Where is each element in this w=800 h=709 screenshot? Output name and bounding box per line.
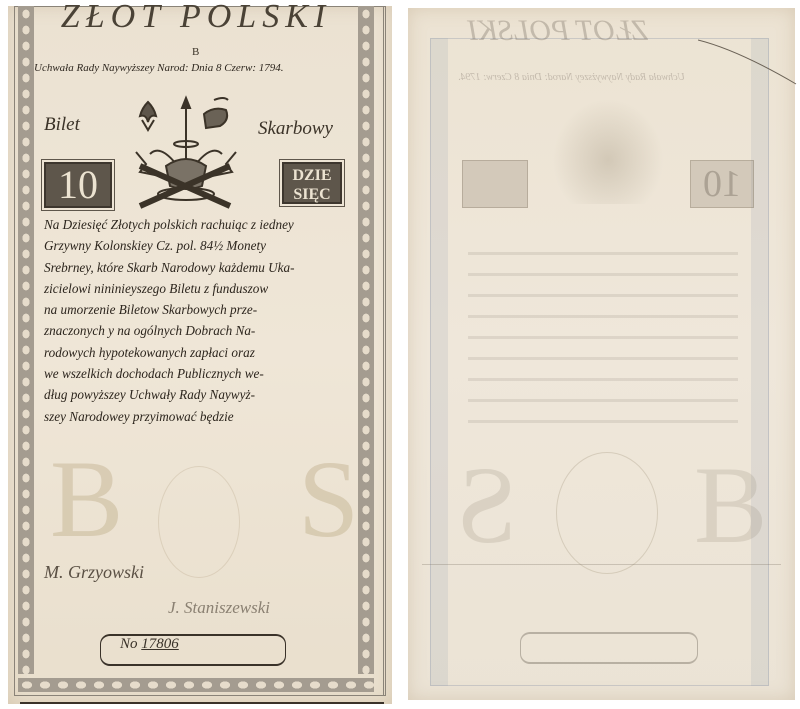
back-watermark-s: S: [456, 442, 517, 569]
ghost-denomination-word-box: [462, 160, 528, 208]
series-letter: B: [192, 46, 199, 58]
text-line: Srebrney, które Skarb Narodowy każdemu U…: [44, 257, 364, 278]
title-script: ZŁOT POLSKI: [26, 0, 366, 36]
resolution-line: Uchwała Rady Naywyższey Narod: Dnia 8 Cz…: [34, 62, 284, 74]
paper-fold-line: [422, 564, 781, 565]
text-line: rodowych hypotekowanych zapłaci oraz: [44, 342, 364, 363]
text-line: Grzywny Kolonskiey Cz. pol. 84½ Monety: [44, 235, 364, 256]
watermark-letter-s: S: [298, 436, 359, 563]
ghost-emblem-icon: [548, 94, 668, 204]
label-skarbowy: Skarbowy: [258, 118, 333, 140]
ghost-text-block: [468, 238, 738, 438]
serial-number: No 17806: [120, 636, 179, 653]
ghost-left-border: [430, 38, 448, 686]
ghost-denomination-numeral-box: 10: [690, 160, 754, 208]
text-line: we wszelkich dochodach Publicznych we-: [44, 363, 364, 384]
text-line: zicielowi nininieyszego Biletu z fundusz…: [44, 278, 364, 299]
signature-2: J. Staniszewski: [168, 598, 270, 618]
paper-crease: [698, 36, 798, 86]
text-line: dług powyższey Uchwały Rady Naywyż-: [44, 384, 364, 405]
serial-digits: 17806: [141, 636, 179, 652]
serial-prefix: No: [120, 636, 138, 652]
signature-1: M. Grzyowski: [44, 562, 144, 583]
denomination-numeral: 10: [58, 162, 98, 207]
coat-of-arms-emblem-icon: [120, 94, 250, 214]
ghost-serial-frame: [520, 632, 698, 664]
text-line: na umorzenie Biletow Skarbowych prze-: [44, 299, 364, 320]
denomination-word-line2: SIĘC: [284, 185, 340, 204]
back-watermark-b: B: [694, 442, 767, 569]
ghost-right-border: [751, 38, 769, 686]
label-bilet: Bilet: [44, 114, 80, 136]
ghost-denomination-numeral: 10: [703, 163, 741, 205]
right-frame-line: [383, 6, 384, 696]
left-ornamental-border: [18, 6, 34, 674]
promissory-text: Na Dziesięć Złotych polskich rachuiąc z …: [44, 214, 364, 427]
back-watermark-emblem: [556, 452, 658, 574]
banknote-back: ZŁOT POLSKI Uchwała Rady Naywyższey Naro…: [408, 8, 795, 700]
denomination-word-line1: DZIE: [284, 166, 340, 185]
watermark-emblem: [158, 466, 240, 578]
text-line: znaczonych y na ogólnych Dobrach Na-: [44, 320, 364, 341]
banknote-front: ZŁOT POLSKI B Uchwała Rady Naywyższey Na…: [8, 6, 392, 704]
watermark-letter-b: B: [50, 436, 123, 563]
denomination-numeral-box: 10: [44, 162, 112, 208]
text-line: szey Narodowey przyimować będzie: [44, 406, 364, 427]
denomination-word-box: DZIE SIĘC: [282, 162, 342, 204]
ghost-resolution: Uchwała Rady Naywyższey Narod: Dnia 8 Cz…: [458, 72, 685, 83]
text-line: Na Dziesięć Złotych polskich rachuiąc z …: [44, 214, 364, 235]
bottom-edge-shadow: [20, 702, 384, 704]
ghost-title: ZŁOT POLSKI: [468, 14, 648, 48]
bottom-ornamental-border: [18, 678, 374, 692]
